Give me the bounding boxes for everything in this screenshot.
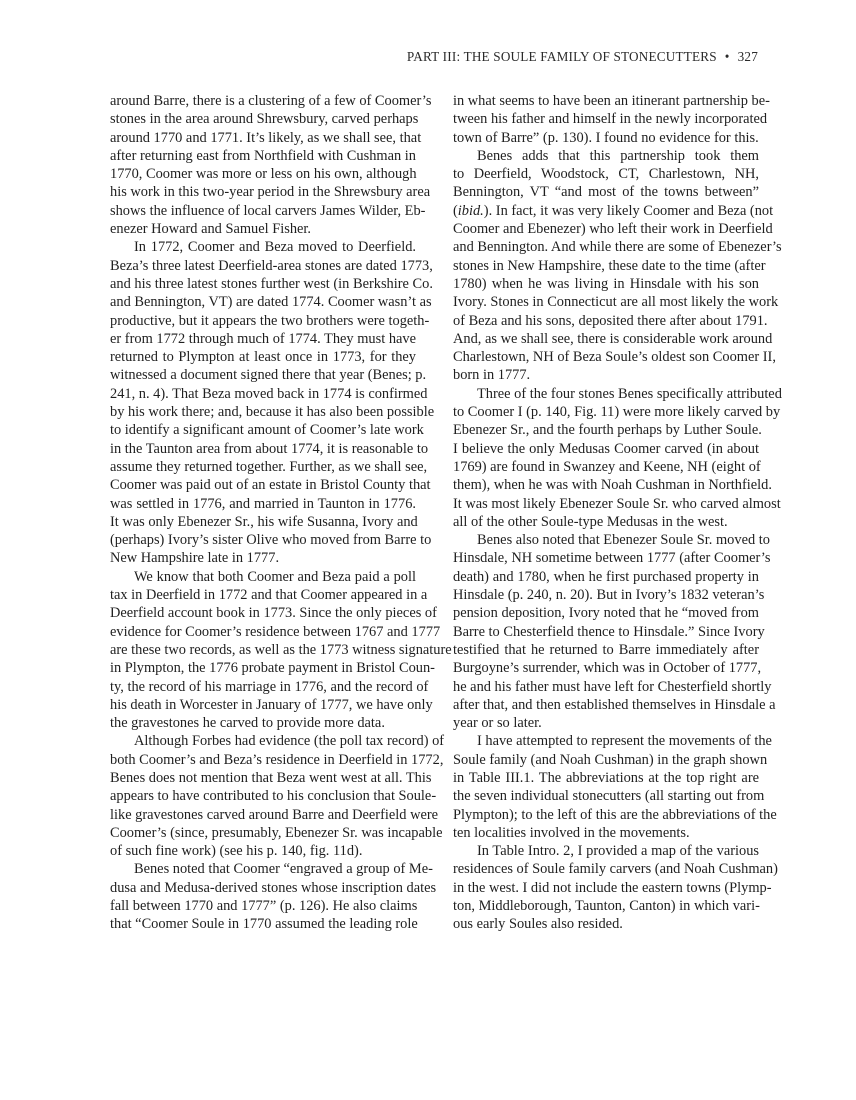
text-line: in Table III.1. The abbreviations at the… bbox=[453, 769, 759, 787]
text-line: Charlestown, NH of Beza Soule’s oldest s… bbox=[453, 348, 759, 366]
text-line: Benes noted that Coomer “engraved a grou… bbox=[110, 860, 416, 878]
text-line: Benes does not mention that Beza went we… bbox=[110, 769, 416, 787]
text-line: Benes also noted that Ebenezer Soule Sr.… bbox=[453, 531, 759, 549]
text-line: (ibid.). In fact, it was very likely Coo… bbox=[453, 202, 759, 220]
page-number: 327 bbox=[738, 49, 758, 64]
running-title: PART III: THE SOULE FAMILY OF STONECUTTE… bbox=[407, 49, 717, 64]
text-line: in what seems to have been an itinerant … bbox=[453, 92, 759, 110]
text-line: Coomer was paid out of an estate in Bris… bbox=[110, 476, 416, 494]
text-line: Hinsdale (p. 240, n. 20). But in Ivory’s… bbox=[453, 586, 759, 604]
text-line: Benes adds that this partnership took th… bbox=[453, 147, 759, 165]
text-line: Barre to Chesterfield thence to Hinsdale… bbox=[453, 623, 759, 641]
text-line: ten localities involved in the movements… bbox=[453, 824, 759, 842]
text-line: after returning east from Northfield wit… bbox=[110, 147, 416, 165]
text-line: enezer Howard and Samuel Fisher. bbox=[110, 220, 416, 238]
text-line: Burgoyne’s surrender, which was in Octob… bbox=[453, 659, 759, 677]
text-line: Although Forbes had evidence (the poll t… bbox=[110, 732, 416, 750]
text-line: evidence for Coomer’s residence between … bbox=[110, 623, 416, 641]
text-line: his work in this two-year period in the … bbox=[110, 183, 416, 201]
header-separator: • bbox=[725, 49, 730, 64]
text-line: Beza’s three latest Deerfield-area stone… bbox=[110, 257, 416, 275]
text-line: Ivory. Stones in Connecticut are all mos… bbox=[453, 293, 759, 311]
text-line: returned to Plympton at least once in 17… bbox=[110, 348, 416, 366]
text-line: Bennington, VT “and most of the towns be… bbox=[453, 183, 759, 201]
text-line: residences of Soule family carvers (and … bbox=[453, 860, 759, 878]
text-line: New Hampshire late in 1777. bbox=[110, 549, 416, 567]
text-line: around 1770 and 1771. It’s likely, as we… bbox=[110, 129, 416, 147]
text-line: to Deerfield, Woodstock, CT, Charlestown… bbox=[453, 165, 759, 183]
text-line: and Bennington. And while there are some… bbox=[453, 238, 759, 256]
left-text-column: around Barre, there is a clustering of a… bbox=[110, 92, 416, 934]
text-line: fall between 1770 and 1777” (p. 126). He… bbox=[110, 897, 416, 915]
text-line: I have attempted to represent the moveme… bbox=[453, 732, 759, 750]
text-line: In 1772, Coomer and Beza moved to Deerfi… bbox=[110, 238, 416, 256]
text-line: It was only Ebenezer Sr., his wife Susan… bbox=[110, 513, 416, 531]
text-line: ty, the record of his marriage in 1776, … bbox=[110, 678, 416, 696]
text-line: tax in Deerfield in 1772 and that Coomer… bbox=[110, 586, 416, 604]
text-line: ton, Middleborough, Taunton, Canton) in … bbox=[453, 897, 759, 915]
text-line: in the Taunton area from about 1774, it … bbox=[110, 440, 416, 458]
text-line: all of the other Soule-type Medusas in t… bbox=[453, 513, 759, 531]
text-line: In Table Intro. 2, I provided a map of t… bbox=[453, 842, 759, 860]
text-line: ous early Soules also resided. bbox=[453, 915, 759, 933]
text-line: It was most likely Ebenezer Soule Sr. wh… bbox=[453, 495, 759, 513]
text-line: like gravestones carved around Barre and… bbox=[110, 806, 416, 824]
right-text-column: in what seems to have been an itinerant … bbox=[453, 92, 759, 934]
text-line: Soule family (and Noah Cushman) in the g… bbox=[453, 751, 759, 769]
text-line: of Beza and his sons, deposited there af… bbox=[453, 312, 759, 330]
text-line: death) and 1780, when he first purchased… bbox=[453, 568, 759, 586]
text-line: witnessed a document signed there that y… bbox=[110, 366, 416, 384]
text-line: We know that both Coomer and Beza paid a… bbox=[110, 568, 416, 586]
text-line: year or so later. bbox=[453, 714, 759, 732]
text-line: I believe the only Medusas Coomer carved… bbox=[453, 440, 759, 458]
text-line: stones in New Hampshire, these date to t… bbox=[453, 257, 759, 275]
text-line: born in 1777. bbox=[453, 366, 759, 384]
text-line: 1780) when he was living in Hinsdale wit… bbox=[453, 275, 759, 293]
running-header: PART III: THE SOULE FAMILY OF STONECUTTE… bbox=[300, 49, 758, 65]
book-page: PART III: THE SOULE FAMILY OF STONECUTTE… bbox=[0, 0, 856, 1100]
text-line: (perhaps) Ivory’s sister Olive who moved… bbox=[110, 531, 416, 549]
text-line: the gravestones he carved to provide mor… bbox=[110, 714, 416, 732]
text-line: his death in Worcester in January of 177… bbox=[110, 696, 416, 714]
text-line: the seven individual stonecutters (all s… bbox=[453, 787, 759, 805]
text-line: was settled in 1776, and married in Taun… bbox=[110, 495, 416, 513]
text-line: 1769) are found in Swanzey and Keene, NH… bbox=[453, 458, 759, 476]
text-line: dusa and Medusa-derived stones whose ins… bbox=[110, 879, 416, 897]
text-line: in Plympton, the 1776 probate payment in… bbox=[110, 659, 416, 677]
text-line: and Bennington, VT) are dated 1774. Coom… bbox=[110, 293, 416, 311]
text-line: productive, but it appears the two broth… bbox=[110, 312, 416, 330]
text-line: testified that he returned to Barre imme… bbox=[453, 641, 759, 659]
text-line: both Coomer’s and Beza’s residence in De… bbox=[110, 751, 416, 769]
text-line: by his work there; and, because it has a… bbox=[110, 403, 416, 421]
text-line: to identify a significant amount of Coom… bbox=[110, 421, 416, 439]
text-line: to Coomer I (p. 140, Fig. 11) were more … bbox=[453, 403, 759, 421]
text-line: and his three latest stones further west… bbox=[110, 275, 416, 293]
text-line: them), when he was with Noah Cushman in … bbox=[453, 476, 759, 494]
text-line: shows the influence of local carvers Jam… bbox=[110, 202, 416, 220]
text-line: stones in the area around Shrewsbury, ca… bbox=[110, 110, 416, 128]
text-line: Coomer and Ebenezer) who left their work… bbox=[453, 220, 759, 238]
text-line: 1770, Coomer was more or less on his own… bbox=[110, 165, 416, 183]
text-line: after that, and then established themsel… bbox=[453, 696, 759, 714]
text-line: 241, n. 4). That Beza moved back in 1774… bbox=[110, 385, 416, 403]
text-line: Ebenezer Sr., and the fourth perhaps by … bbox=[453, 421, 759, 439]
text-line: that “Coomer Soule in 1770 assumed the l… bbox=[110, 915, 416, 933]
text-line: he and his father must have left for Che… bbox=[453, 678, 759, 696]
text-line: of such fine work) (see his p. 140, fig.… bbox=[110, 842, 416, 860]
text-line: Three of the four stones Benes specifica… bbox=[453, 385, 759, 403]
text-line: And, as we shall see, there is considera… bbox=[453, 330, 759, 348]
text-line: in the west. I did not include the easte… bbox=[453, 879, 759, 897]
text-line: er from 1772 through much of 1774. They … bbox=[110, 330, 416, 348]
text-line: appears to have contributed to his concl… bbox=[110, 787, 416, 805]
text-line: pension deposition, Ivory noted that he … bbox=[453, 604, 759, 622]
text-line: town of Barre” (p. 130). I found no evid… bbox=[453, 129, 759, 147]
text-line: assume they returned together. Further, … bbox=[110, 458, 416, 476]
text-line: are these two records, as well as the 17… bbox=[110, 641, 416, 659]
text-line: around Barre, there is a clustering of a… bbox=[110, 92, 416, 110]
text-line: Hinsdale, NH sometime between 1777 (afte… bbox=[453, 549, 759, 567]
text-line: Deerfield account book in 1773. Since th… bbox=[110, 604, 416, 622]
text-line: Coomer’s (since, presumably, Ebenezer Sr… bbox=[110, 824, 416, 842]
text-line: tween his father and himself in the newl… bbox=[453, 110, 759, 128]
text-line: Plympton); to the left of this are the a… bbox=[453, 806, 759, 824]
